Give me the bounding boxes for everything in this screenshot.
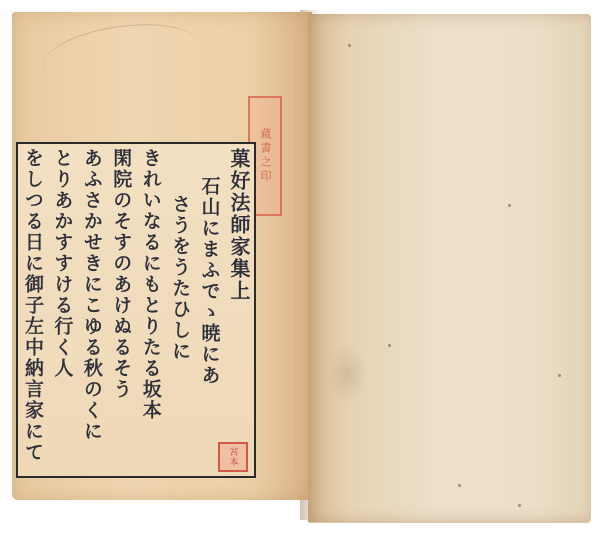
paper-spot	[518, 504, 521, 507]
paper-spot	[558, 374, 561, 377]
text-column: 石山にまふでゝ暁にあ	[199, 148, 221, 472]
text-columns: 菓好法師家集上 石山にまふでゝ暁にあ さうをうたひしに きれいなるにもとりたる坂…	[22, 148, 250, 472]
collector-seal-bottom: 宮本	[218, 442, 248, 472]
right-page-blank	[308, 14, 590, 522]
open-book-photo: 蔵書之印 菓好法師家集上 石山にまふでゝ暁にあ さうをうたひしに きれいなるにも…	[0, 0, 600, 533]
paper-spot	[388, 344, 391, 347]
text-column: とりあかすすける行く人	[51, 148, 73, 472]
title-column: 菓好法師家集上	[228, 148, 250, 472]
text-column: さうをうたひしに	[169, 148, 191, 472]
printed-text-frame: 菓好法師家集上 石山にまふでゝ暁にあ さうをうたひしに きれいなるにもとりたる坂…	[16, 142, 256, 478]
text-column: 閑院のそすのあけぬるそう	[110, 148, 132, 472]
paper-stain	[328, 344, 368, 404]
paper-spot	[458, 484, 461, 487]
paper-spot	[348, 44, 351, 47]
text-column: きれいなるにもとりたる坂本	[140, 148, 162, 472]
paper-spot	[508, 204, 511, 207]
paper-crease	[39, 15, 206, 98]
text-column: あふさかせきにこゆる秋のくに	[81, 148, 103, 472]
left-page: 蔵書之印 菓好法師家集上 石山にまふでゝ暁にあ さうをうたひしに きれいなるにも…	[12, 12, 312, 500]
text-column: をしつる日に御子左中納言家にて	[22, 148, 44, 472]
